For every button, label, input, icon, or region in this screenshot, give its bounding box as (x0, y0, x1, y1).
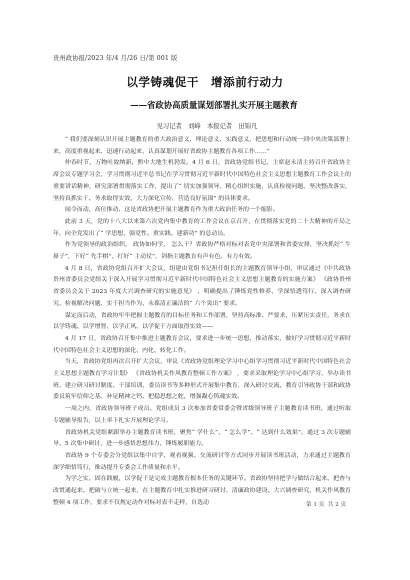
paragraph: 作为党领导的政治组织， 政协如何学， 怎么干？省政协严格对标对表党中央部署和省委… (53, 239, 351, 262)
article-body: “ 我们要深刻认识开展主题教育的重大政治意义、理论意义、实践意义，把思想和行动统… (53, 134, 351, 509)
paragraph: 4 月 17 日，省政协召开集中推进主题教育会议，要求进一步统一思想、推动落实，… (53, 333, 351, 356)
paragraph: 4 月 8 日，省政协党组召开扩大会议，组建由党组书记担任组长的主题教育领导小组… (53, 263, 351, 310)
source-line: 贵州政协报/2023 年/4 月/26 日/第 001 版 (53, 53, 177, 62)
article-subtitle: ——省政协高质量谋划部署扎实开展主题教育 (0, 99, 410, 111)
paragraph: “ 我们要深刻认识开展主题教育的重大政治意义、理论意义、实践意义，把思想和行动统… (53, 134, 351, 157)
paragraph: 闻令而动，高位推动，这是省政协把开展主题教育作为重大政治任务的一个缩影。 (53, 204, 351, 216)
paragraph: 当天，省政协党组再次召开扩大会议，审议《省政协党组理论学习中心组学习贯彻习近平新… (53, 356, 351, 403)
document-page: 贵州政协报/2023 年/4 月/26 日/第 001 版 以学铸魂促干 增添前… (0, 0, 410, 580)
page-indicator: 第 1 页 共 2 页 (306, 500, 346, 508)
paragraph: 省政协 9 个专委会分党组以集中自学、观看视频、交流研讨等方式同步开展读书班活动… (53, 450, 351, 473)
paragraph: 此前 3 天，党的十八大以来第六次党内集中教育的工作会议在京召开，在贯彻落实党的… (53, 216, 351, 239)
paragraph: 谋定而后动，省政协牢牢把握主题教育的目标任务和工作部署，坚持高标准、严要求，压紧… (53, 310, 351, 333)
article-title: 以学铸魂促干 增添前行动力 (0, 74, 410, 90)
paragraph: 省政协机关党组紧跟举办主题教育读书班，聚焦“ 学什么”、“ 怎么学”、“ 达到什… (53, 427, 351, 450)
paragraph: 仲春时节，万物吐故纳新，黔中大地生机勃发。4 月 6 日，省政协党组书记、主席赵… (53, 157, 351, 204)
paragraph: 一周之内，省政协领导班子成员、党组成员 3 次参加省委常委会暨省级领导班子主题教… (53, 403, 351, 426)
byline: 见习记者 刘峰 本报记者 田锦凡 (0, 121, 410, 130)
